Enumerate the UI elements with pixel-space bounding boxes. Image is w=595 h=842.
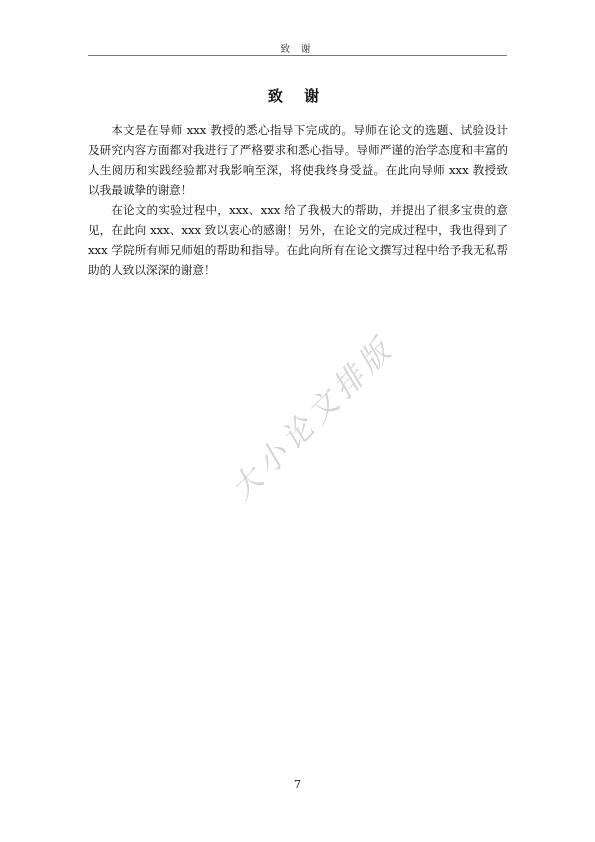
paragraph: 本文是在导师 xxx 教授的悉心指导下完成的。导师在论文的选题、试验设计及研究内…	[88, 120, 508, 200]
header-divider	[88, 55, 507, 56]
page-number: 7	[0, 778, 595, 791]
running-header: 致 谢	[0, 41, 595, 55]
body-text: 本文是在导师 xxx 教授的悉心指导下完成的。导师在论文的选题、试验设计及研究内…	[88, 120, 508, 280]
watermark: 大小论文排版	[219, 336, 392, 509]
page-title: 致 谢	[0, 85, 595, 106]
paragraph: 在论文的实验过程中，xxx、xxx 给了我极大的帮助，并提出了很多宝贵的意见，在…	[88, 200, 508, 280]
